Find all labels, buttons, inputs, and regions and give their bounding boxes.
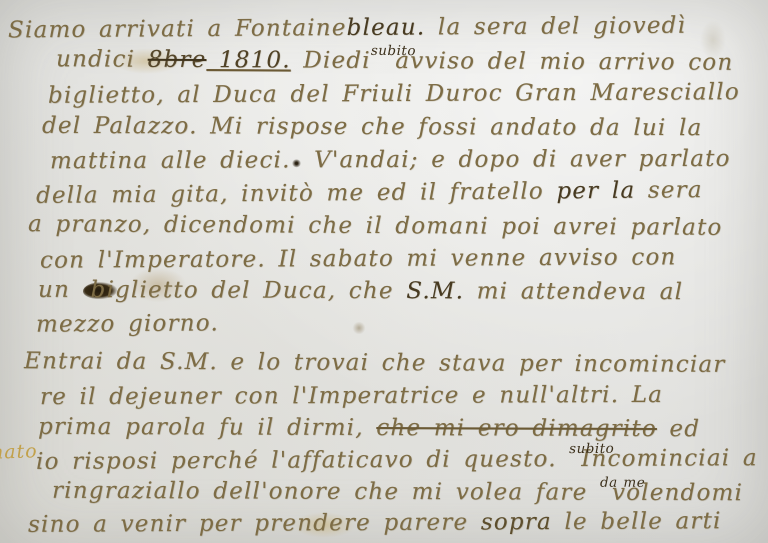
line16-retouched-text: sopra xyxy=(481,509,552,535)
line16-text-end: le belle arti xyxy=(552,508,722,535)
line14-text: io risposi perché l'affaticavo di questo… xyxy=(36,446,569,475)
line15-inserted-word: da me xyxy=(600,476,612,490)
line2-inserted-word: subito xyxy=(371,44,383,58)
manuscript-line-8: con l'Imperatore. Il sabato mi venne avv… xyxy=(40,245,677,272)
line2-year: 1810. xyxy=(206,47,290,73)
manuscript-line-12: re il dejeuner con l'Imperatrice e null'… xyxy=(40,383,663,409)
margin-note: nato xyxy=(0,440,38,464)
line15-text: ringraziallo dell'onore che mi volea far… xyxy=(52,478,600,506)
manuscript-line-3: biglietto, al Duca del Friuli Duroc Gran… xyxy=(48,80,740,108)
manuscript-line-13: prima parola fu il dirmi, che mi ero dim… xyxy=(38,415,700,441)
manuscript-line-6: della mia gita, invitò me ed il fratello… xyxy=(36,178,703,208)
line16-text: sino a venir per prendere parere xyxy=(28,509,481,537)
manuscript-line-15: ringraziallo dell'onore che mi volea far… xyxy=(52,479,743,506)
line1-retouched-text: bleau. xyxy=(347,14,426,41)
manuscript-line-16: sino a venir per prendere parere sopra l… xyxy=(28,509,722,537)
line13-text: prima parola fu il dirmi, xyxy=(38,414,376,441)
manuscript-line-10: mezzo giorno. xyxy=(36,311,219,336)
line2-text: undici xyxy=(56,46,148,72)
line9-blotted-word: biglietto xyxy=(91,277,199,303)
manuscript-line-7: a pranzo, dicendomi che il domani poi av… xyxy=(28,212,723,240)
manuscript-line-14: io risposi perché l'affaticavo di questo… xyxy=(36,446,758,474)
manuscript-line-5: mattina alle dieci. V'andai; e dopo di a… xyxy=(50,147,731,174)
manuscript-page: nato Siamo arrivati a Fontainebleau. la … xyxy=(0,0,768,543)
line9-text: un xyxy=(38,277,83,303)
line2-text-mid: Diedi xyxy=(291,47,371,73)
line6-text-end: sera xyxy=(635,177,703,204)
line5-text-end: V'andai; e dopo di aver parlato xyxy=(302,146,731,173)
line13-text-end: ed xyxy=(657,416,700,442)
line1-text: Siamo arrivati a Fontaine xyxy=(8,15,347,43)
line9-text-end: mi attendeva al xyxy=(464,278,683,305)
line1-text-end: la sera del giovedì xyxy=(425,13,686,41)
line2-struck-month: 8bre xyxy=(148,47,207,73)
manuscript-line-9: un biglietto del Duca, che S.M. mi atten… xyxy=(38,278,683,304)
manuscript-line-11: Entrai da S.M. e lo trovai che stava per… xyxy=(24,349,726,377)
line6-retouched-text: per la xyxy=(556,178,635,205)
manuscript-line-2: undici 8bre 1810. Diedisubito avviso del… xyxy=(56,47,734,75)
manuscript-line-4: del Palazzo. Mi rispose che fossi andato… xyxy=(42,114,703,140)
line9-retouched-text: S.M. xyxy=(406,278,464,304)
manuscript-line-1: Siamo arrivati a Fontainebleau. la sera … xyxy=(8,14,686,43)
ink-mark xyxy=(292,159,301,167)
line5-text: mattina alle dieci. xyxy=(50,147,291,174)
line6-text: della mia gita, invitò me ed il fratello xyxy=(36,178,557,209)
line2-text-end: avviso del mio arrivo con xyxy=(383,48,734,76)
line9-text-mid: del Duca, che xyxy=(199,277,406,304)
line14-inserted-word: subito xyxy=(569,442,581,456)
foxing-spot xyxy=(352,322,366,334)
line13-struck-text: che mi ero dimagrito xyxy=(376,415,657,442)
